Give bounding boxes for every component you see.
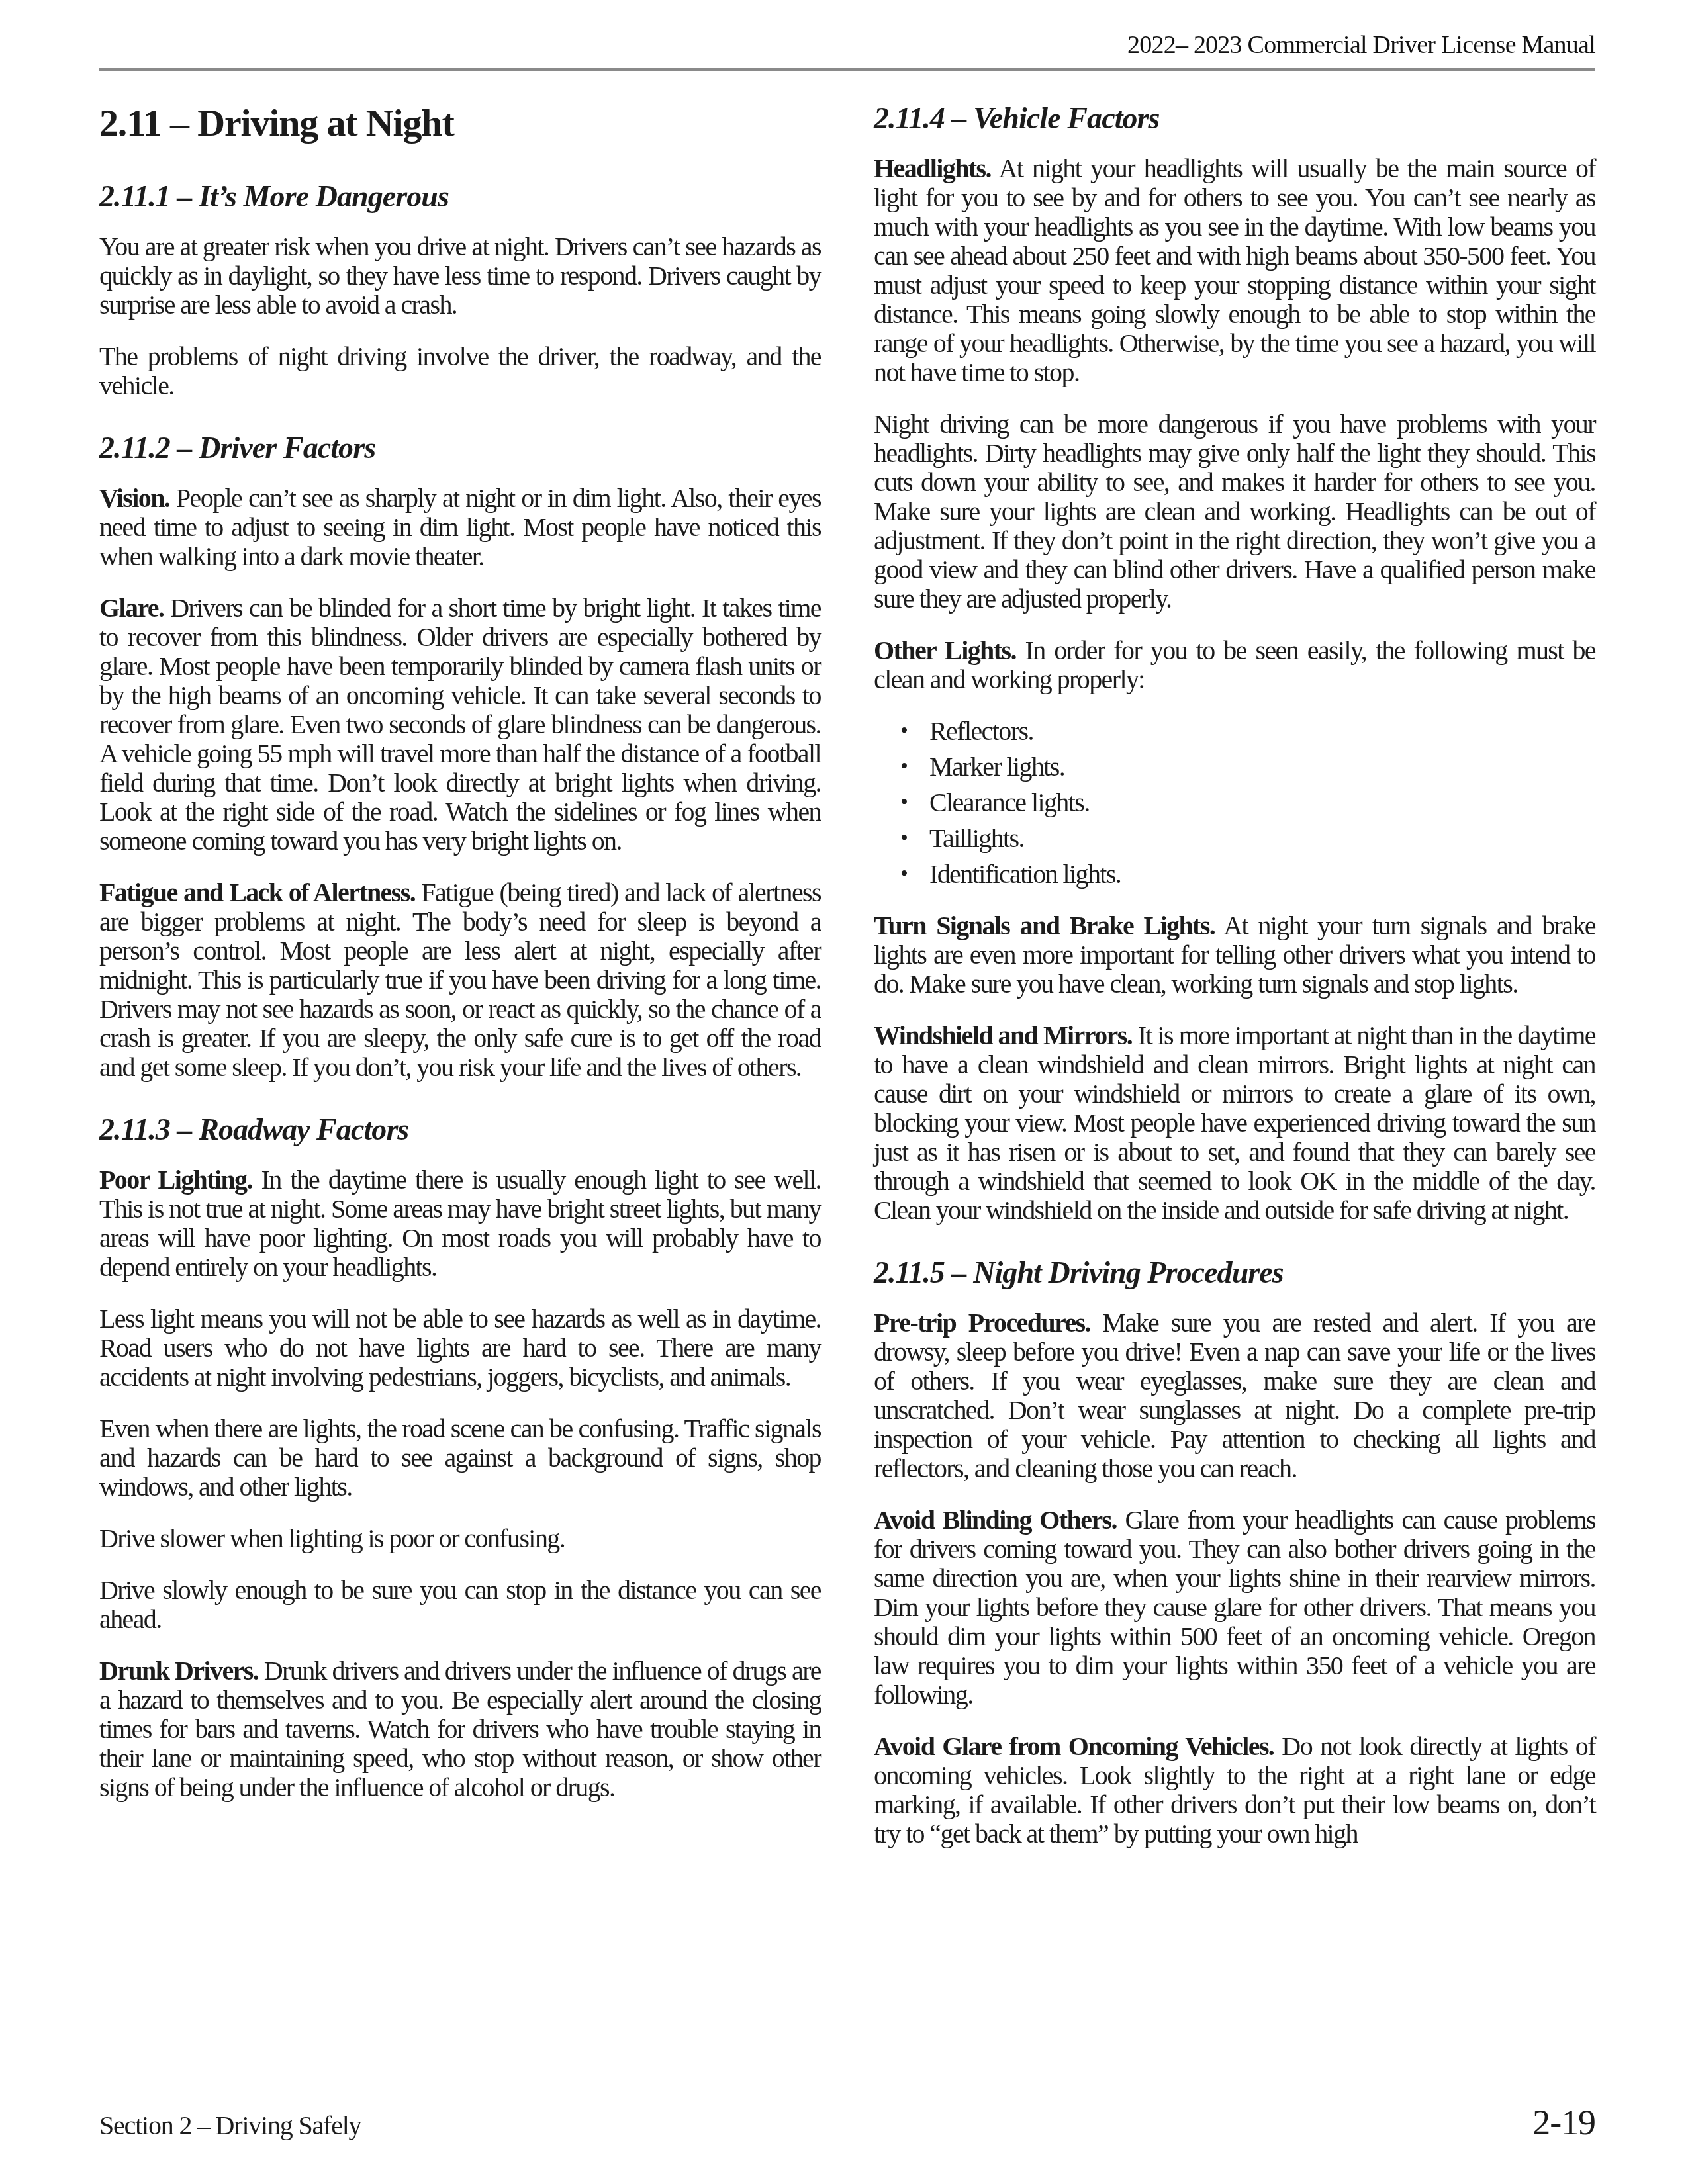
- paragraph-pretrip: Pre-trip Procedures. Make sure you are r…: [874, 1308, 1595, 1483]
- other-lights-list: •Reflectors. •Marker lights. •Clearance …: [874, 717, 1595, 889]
- list-item-reflectors: •Reflectors.: [900, 717, 1595, 746]
- list-item-text: Identification lights.: [929, 860, 1595, 889]
- paragraph-text-windshield: It is more important at night than in th…: [874, 1021, 1595, 1225]
- list-item-text: Clearance lights.: [929, 788, 1595, 817]
- footer-page-number: 2-19: [1532, 2102, 1595, 2143]
- paragraph-avoid-blinding: Avoid Blinding Others. Glare from your h…: [874, 1506, 1595, 1709]
- list-item-text: Taillights.: [929, 824, 1595, 853]
- paragraph-drive-slower: Drive slower when lighting is poor or co…: [99, 1524, 821, 1553]
- paragraph-text-avoid-blinding: Glare from your headlights can cause pro…: [874, 1505, 1595, 1709]
- running-header: 2022– 2023 Commercial Driver License Man…: [99, 0, 1595, 60]
- left-column: 2.11 – Driving at Night 2.11.1 – It’s Mo…: [99, 97, 821, 1871]
- paragraph-lead-poor-lighting: Poor Lighting.: [99, 1165, 252, 1195]
- paragraph-headlights: Headlights. At night your headlights wil…: [874, 154, 1595, 387]
- paragraph-text-glare: Drivers can be blinded for a short time …: [99, 593, 821, 856]
- paragraph-lead-windshield: Windshield and Mirrors.: [874, 1021, 1132, 1050]
- list-item-text: Reflectors.: [929, 717, 1595, 746]
- paragraph-fatigue: Fatigue and Lack of Alertness. Fatigue (…: [99, 878, 821, 1082]
- list-item-marker-lights: •Marker lights.: [900, 752, 1595, 782]
- paragraph-avoid-glare: Avoid Glare from Oncoming Vehicles. Do n…: [874, 1732, 1595, 1848]
- paragraph-windshield: Windshield and Mirrors. It is more impor…: [874, 1021, 1595, 1225]
- paragraph-lead-glare: Glare.: [99, 593, 164, 623]
- bullet-icon: •: [900, 752, 929, 782]
- paragraph-night-driving-danger: Night driving can be more dangerous if y…: [874, 410, 1595, 614]
- header-rule: [99, 68, 1595, 71]
- list-item-text: Marker lights.: [929, 752, 1595, 782]
- paragraph-text-vision: People can’t see as sharply at night or …: [99, 483, 821, 571]
- paragraph-glare: Glare. Drivers can be blinded for a shor…: [99, 594, 821, 856]
- heading-2-11-1: 2.11.1 – It’s More Dangerous: [99, 179, 821, 214]
- paragraph-less-light: Less light means you will not be able to…: [99, 1304, 821, 1392]
- document-page: 2022– 2023 Commercial Driver License Man…: [0, 0, 1688, 2184]
- bullet-icon: •: [900, 860, 929, 889]
- right-column: 2.11.4 – Vehicle Factors Headlights. At …: [874, 97, 1595, 1871]
- paragraph-greater-risk: You are at greater risk when you drive a…: [99, 232, 821, 320]
- heading-2-11-5: 2.11.5 – Night Driving Procedures: [874, 1255, 1595, 1290]
- bullet-icon: •: [900, 788, 929, 817]
- heading-2-11-3: 2.11.3 – Roadway Factors: [99, 1113, 821, 1147]
- page-footer: Section 2 – Driving Safely 2-19: [99, 2102, 1595, 2143]
- heading-2-11-2: 2.11.2 – Driver Factors: [99, 431, 821, 465]
- paragraph-turn-signals: Turn Signals and Brake Lights. At night …: [874, 911, 1595, 999]
- paragraph-confusing-scene: Even when there are lights, the road sce…: [99, 1414, 821, 1502]
- paragraph-poor-lighting: Poor Lighting. In the daytime there is u…: [99, 1165, 821, 1282]
- list-item-taillights: •Taillights.: [900, 824, 1595, 853]
- paragraph-lead-vision: Vision.: [99, 483, 169, 513]
- bullet-icon: •: [900, 717, 929, 746]
- content-columns: 2.11 – Driving at Night 2.11.1 – It’s Mo…: [99, 97, 1595, 1871]
- paragraph-text-fatigue: Fatigue (being tired) and lack of alertn…: [99, 878, 821, 1082]
- list-item-clearance-lights: •Clearance lights.: [900, 788, 1595, 817]
- paragraph-lead-drunk-drivers: Drunk Drivers.: [99, 1656, 258, 1686]
- paragraph-lead-headlights: Headlights.: [874, 154, 991, 183]
- paragraph-drive-slowly: Drive slowly enough to be sure you can s…: [99, 1576, 821, 1634]
- paragraph-night-problems: The problems of night driving involve th…: [99, 342, 821, 400]
- list-item-identification-lights: •Identification lights.: [900, 860, 1595, 889]
- paragraph-lead-turn-signals: Turn Signals and Brake Lights.: [874, 911, 1215, 940]
- chapter-title: 2.11 – Driving at Night: [99, 101, 821, 145]
- paragraph-lead-avoid-glare: Avoid Glare from Oncoming Vehicles.: [874, 1731, 1274, 1761]
- paragraph-lead-pretrip: Pre-trip Procedures.: [874, 1308, 1090, 1338]
- paragraph-vision: Vision. People can’t see as sharply at n…: [99, 484, 821, 571]
- paragraph-lead-fatigue: Fatigue and Lack of Alertness.: [99, 878, 415, 907]
- heading-2-11-4: 2.11.4 – Vehicle Factors: [874, 101, 1595, 136]
- footer-section-label: Section 2 – Driving Safely: [99, 2110, 361, 2141]
- paragraph-lead-avoid-blinding: Avoid Blinding Others.: [874, 1505, 1117, 1535]
- paragraph-lead-other-lights: Other Lights.: [874, 635, 1016, 665]
- bullet-icon: •: [900, 824, 929, 853]
- paragraph-other-lights: Other Lights. In order for you to be see…: [874, 636, 1595, 694]
- paragraph-drunk-drivers: Drunk Drivers. Drunk drivers and drivers…: [99, 1657, 821, 1802]
- paragraph-text-headlights: At night your headlights will usually be…: [874, 154, 1595, 387]
